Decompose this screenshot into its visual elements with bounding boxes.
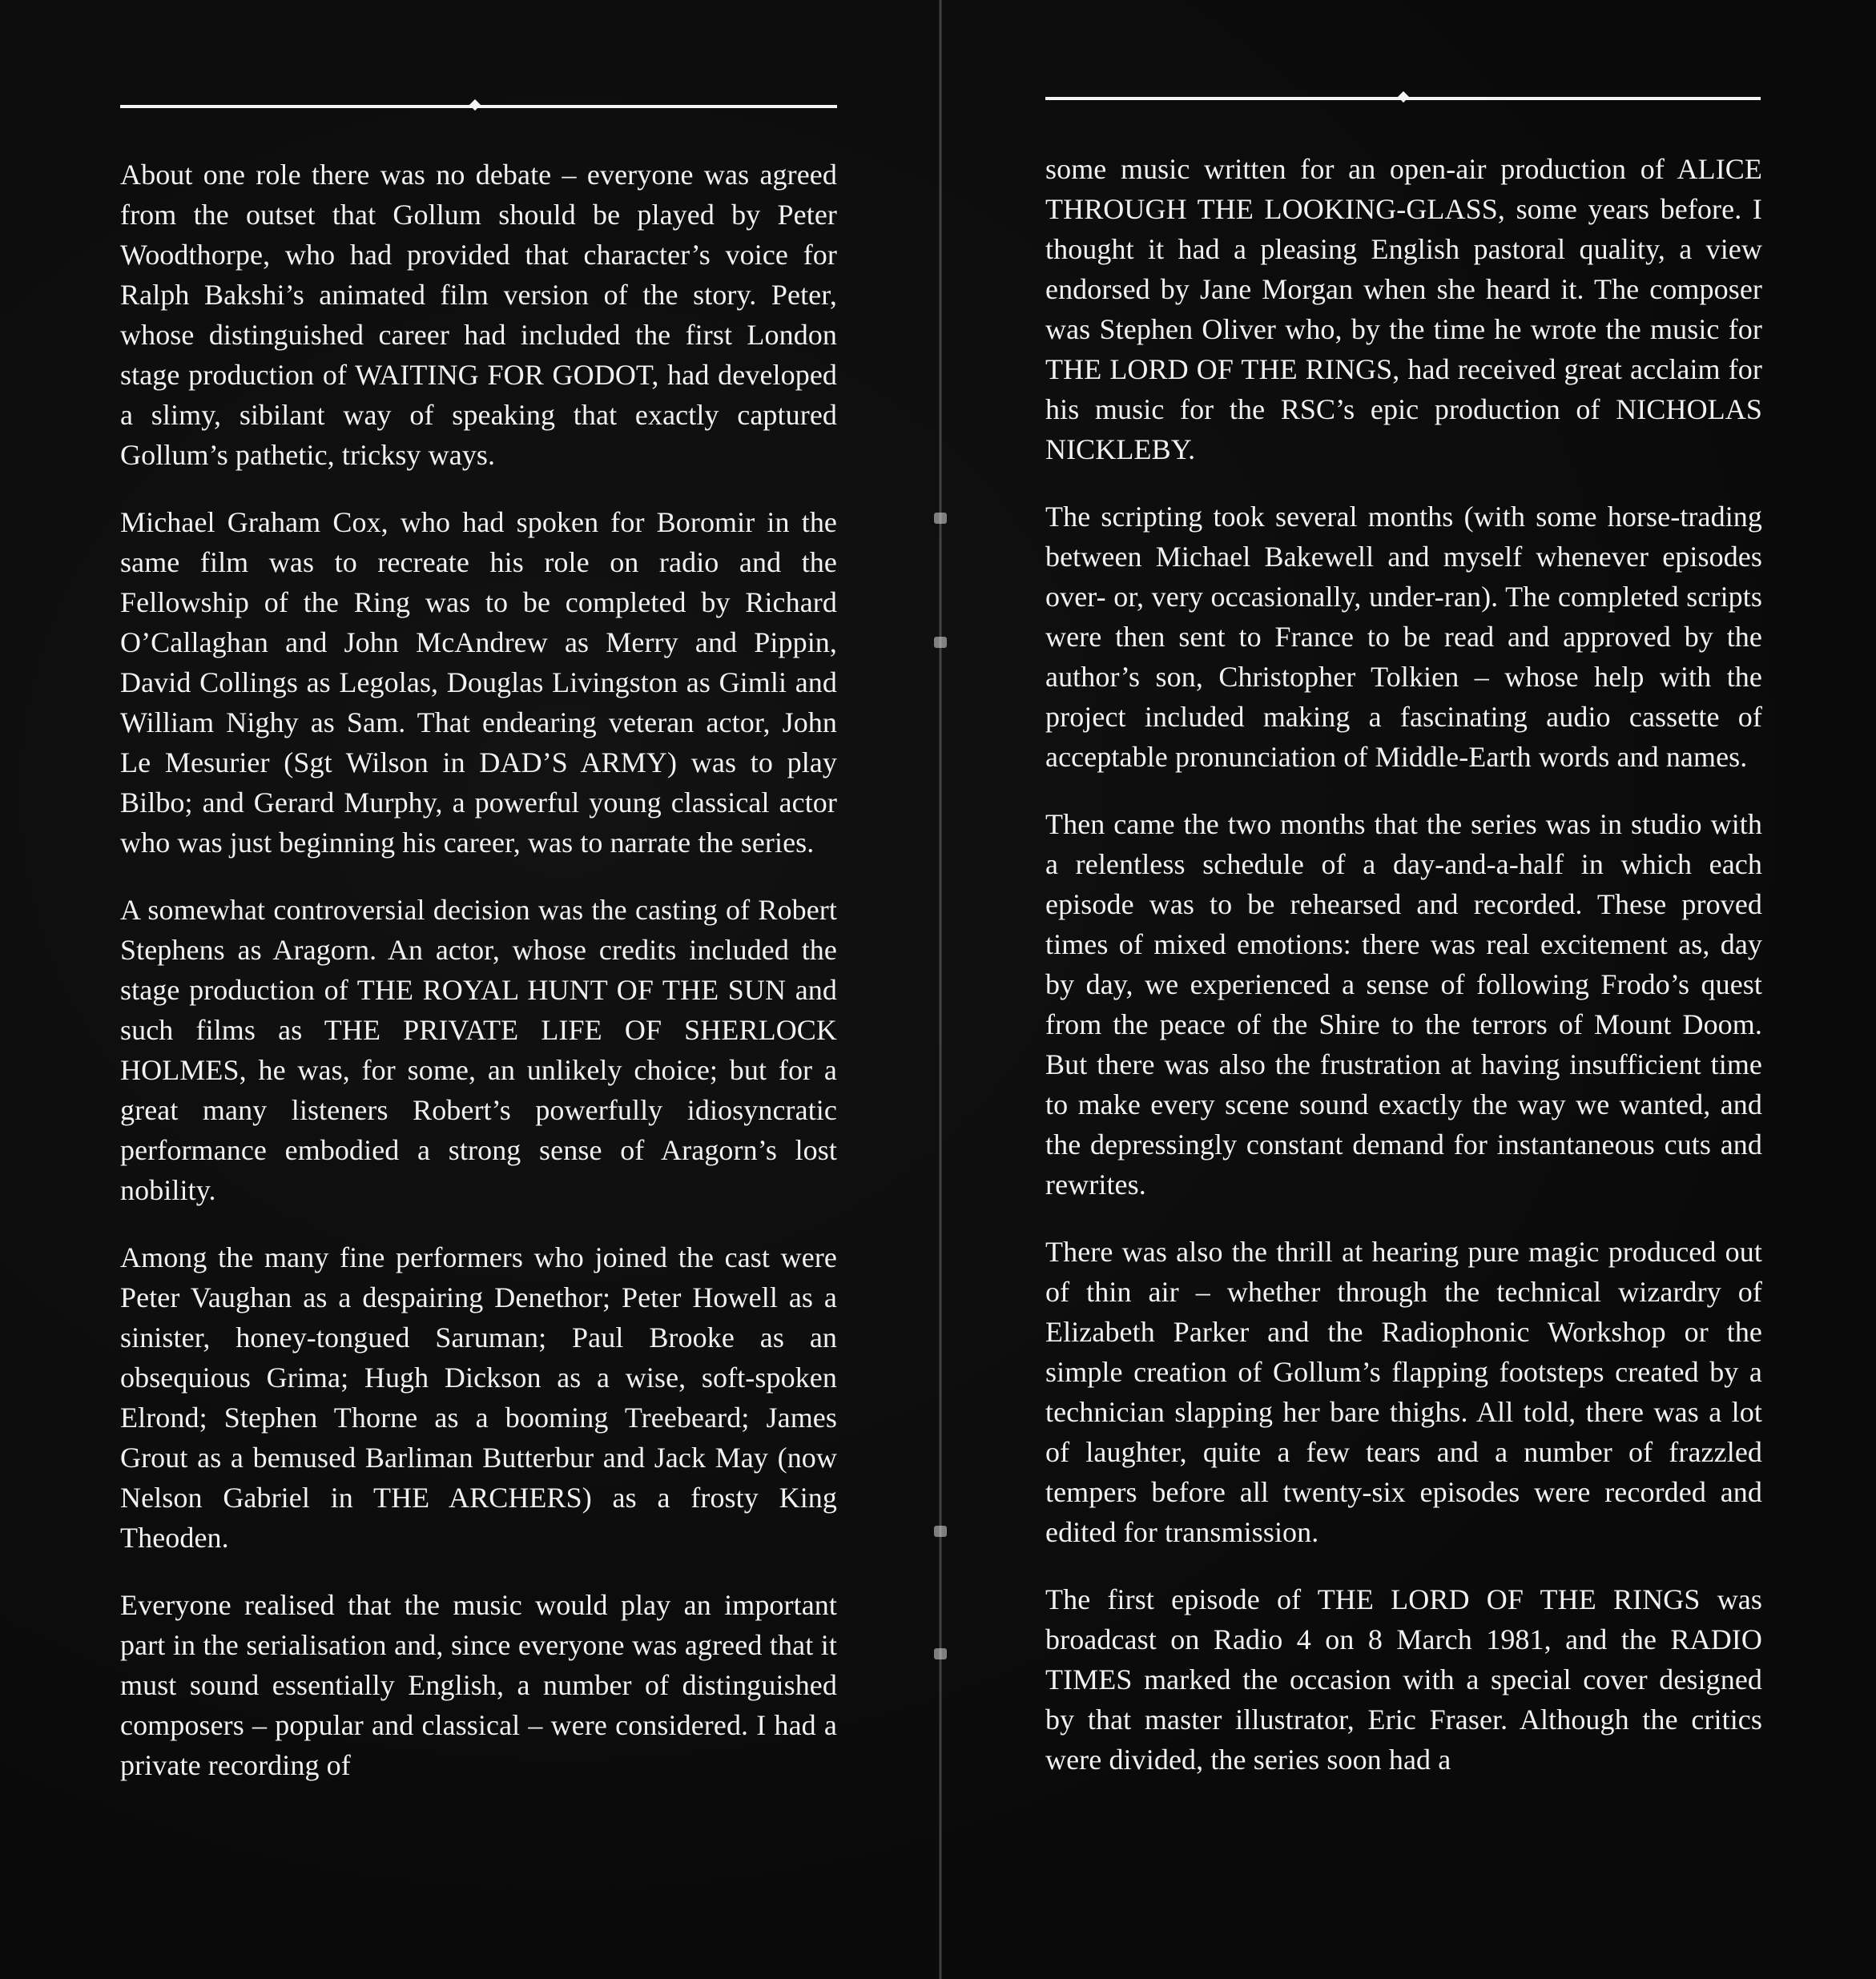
staple-mark [934,513,947,524]
paragraph: Among the many fine performers who joine… [120,1237,837,1558]
paragraph: some music written for an open-air produ… [1045,149,1762,469]
ornamental-divider [1045,97,1761,100]
staple-mark [934,637,947,648]
left-page: About one role there was no debate – eve… [120,0,837,1979]
paragraph: There was also the thrill at hearing pur… [1045,1232,1762,1552]
paragraph: About one role there was no debate – eve… [120,155,837,475]
booklet-spread: About one role there was no debate – eve… [0,0,1876,1979]
paragraph: A somewhat controversial decision was th… [120,890,837,1210]
paragraph: Michael Graham Cox, who had spoken for B… [120,502,837,863]
staple-mark [934,1526,947,1537]
left-page-body: About one role there was no debate – eve… [120,155,837,1812]
right-page-body: some music written for an open-air produ… [1045,149,1762,1807]
ornamental-divider [120,105,837,108]
paragraph: The scripting took several months (with … [1045,497,1762,777]
diamond-ornament-icon [1398,91,1409,103]
staple-mark [934,1648,947,1659]
diamond-ornament-icon [469,99,481,111]
center-fold [939,0,942,1979]
paragraph: Everyone realised that the music would p… [120,1585,837,1785]
paragraph: Then came the two months that the series… [1045,804,1762,1205]
right-page: some music written for an open-air produ… [1045,0,1762,1979]
paragraph: The first episode of THE LORD OF THE RIN… [1045,1579,1762,1780]
